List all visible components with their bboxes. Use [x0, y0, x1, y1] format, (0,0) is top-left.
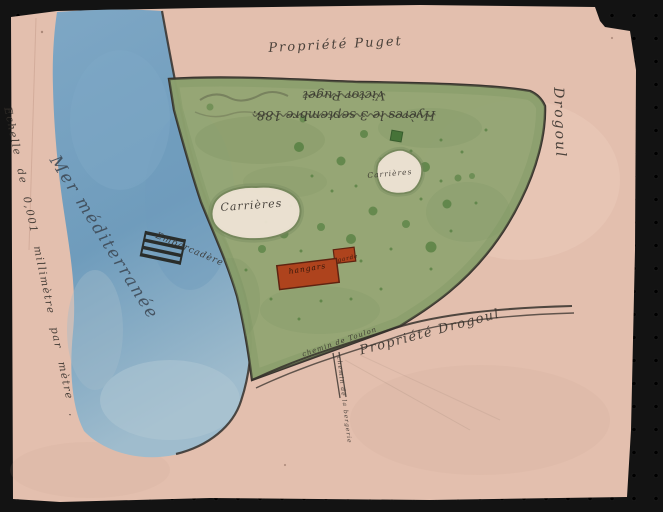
- inscription-upside-down: Hyères le 3 septembre 188. Victor Puget: [246, 84, 442, 124]
- inscription-line-date: Hyères le 3 septembre 188.: [246, 104, 442, 124]
- handwritten-labels: Propriété Puget Drogoul Mer méditerranée…: [0, 0, 663, 512]
- label-carrieres-est: Carrières: [367, 167, 413, 180]
- label-carrieres-ouest: Carrières: [220, 197, 283, 214]
- label-propriete-drogoul: Propriété Drogoul: [358, 307, 502, 359]
- inscription-line-signature: Victor Puget: [246, 84, 442, 104]
- label-drogoul-margin: Drogoul: [550, 87, 568, 159]
- label-embarcadere: Embarcadère: [154, 231, 225, 269]
- label-mer-mediterranee: Mer méditerranée: [45, 152, 163, 324]
- label-chemin-bergerie: chemin de la bergerie: [335, 356, 353, 444]
- label-propriete-puget: Propriété Puget: [268, 34, 403, 56]
- label-hangars: hangars: [288, 261, 327, 276]
- label-hangars-annexe: garde: [337, 254, 359, 264]
- pegboard-background: Propriété Puget Drogoul Mer méditerranée…: [0, 0, 663, 512]
- label-echelle: Echelle de 0,001 millimètre par mètre .: [1, 106, 79, 419]
